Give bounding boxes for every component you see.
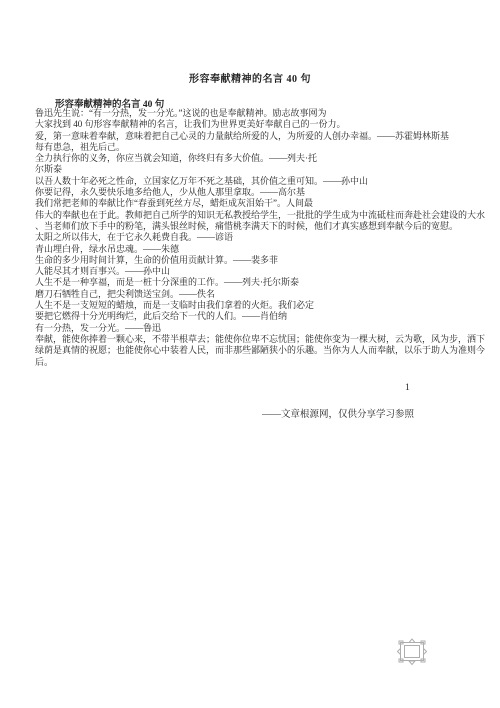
text-line: 绿荫是真情的祝愿；也能使你心中装着人民，而非那些鄙陋狭小的乐趣。当你为人人而奉献… — [35, 345, 495, 356]
text-line: 青山埋白骨，绿水吊忠魂。——朱德 — [35, 244, 495, 255]
text-line: 人能尽其才则百事兴。——孙中山 — [35, 266, 495, 277]
text-line: 每有患急，祖先后己。 — [35, 142, 495, 153]
text-line: 鲁迅先生说：“有一分热，发一分光。”这说的也是奉献精神。励志故事网为 — [35, 108, 495, 119]
text-line: 奉献，能使你捧着一颗心来，不带半根草去；能使你位卑不忘忧国；能使你变为一棵大树，… — [35, 334, 495, 345]
text-line: 太阳之所以伟大，在于它永久耗费自我。——谚语 — [35, 232, 495, 243]
text-line: 、当老师们放下手中的粉笔，满头银丝时候，痛惜桃李满天下的时候，他们才真实感想到奉… — [35, 221, 495, 232]
footer-attribution: ——文章根源网，仅供分享学习参照 — [262, 406, 414, 420]
text-line: 要把它燃得十分光明绚烂，此后交给下一代的人们。——肖伯纳 — [35, 311, 495, 322]
text-line: 以吾人数十年必死之性命，立国家亿万年不死之基础，其价值之重可知。——孙中山 — [35, 176, 495, 187]
text-line: 磨刀石牺牲自己，把尖利馈送宝剑。——佚名 — [35, 289, 495, 300]
text-line: 人生不是一支短短的蜡烛，而是一支临时由我们拿着的火炬。我们必定 — [35, 300, 495, 311]
text-line: 有一分热，发一分光。——鲁迅 — [35, 323, 495, 334]
text-line: 生命的多少用时间计算，生命的价值用贡献计算。——裴多菲 — [35, 255, 495, 266]
text-line: 后。 — [35, 357, 495, 368]
text-line: 伟大的奉献也在于此。教师把自己所学的知识无私教授给学生，一批批的学生成为中流砥柱… — [35, 210, 495, 221]
text-line: 全力执行你的义务，你应当就会知道，你终归有多大价值。——列夫·托 — [35, 153, 495, 164]
text-line: 我们常把老师的奉献比作“春蚕到死丝方尽，蜡炬成灰泪始干”。人间最 — [35, 198, 495, 209]
seal-ornament-icon — [396, 638, 428, 666]
text-line: 爱，第一意味着奉献，意味着把自己心灵的力量献给所爱的人，为所爱的人创办幸福。——… — [35, 131, 495, 142]
text-line: 大家找到 40 句形容奉献精神的名言，让我们为世界更美好奉献自己的一份力。 — [35, 119, 495, 130]
text-line: 人生不是一种享福，而是一桩十分深重的工作。——列夫·托尔斯泰 — [35, 277, 495, 288]
page-number: 1 — [405, 383, 410, 393]
body-lines: 鲁迅先生说：“有一分热，发一分光。”这说的也是奉献精神。励志故事网为大家找到 4… — [35, 108, 495, 368]
text-line: 你要记得，永久要快乐地多给他人，少从他人那里拿取。——高尔基 — [35, 187, 495, 198]
document-page: 形容奉献精神的名言 40 句 形容奉献精神的名言 40 句 鲁迅先生说：“有一分… — [0, 0, 500, 708]
text-line: 尔斯泰 — [35, 164, 495, 175]
page-title: 形容奉献精神的名言 40 句 — [0, 70, 500, 85]
